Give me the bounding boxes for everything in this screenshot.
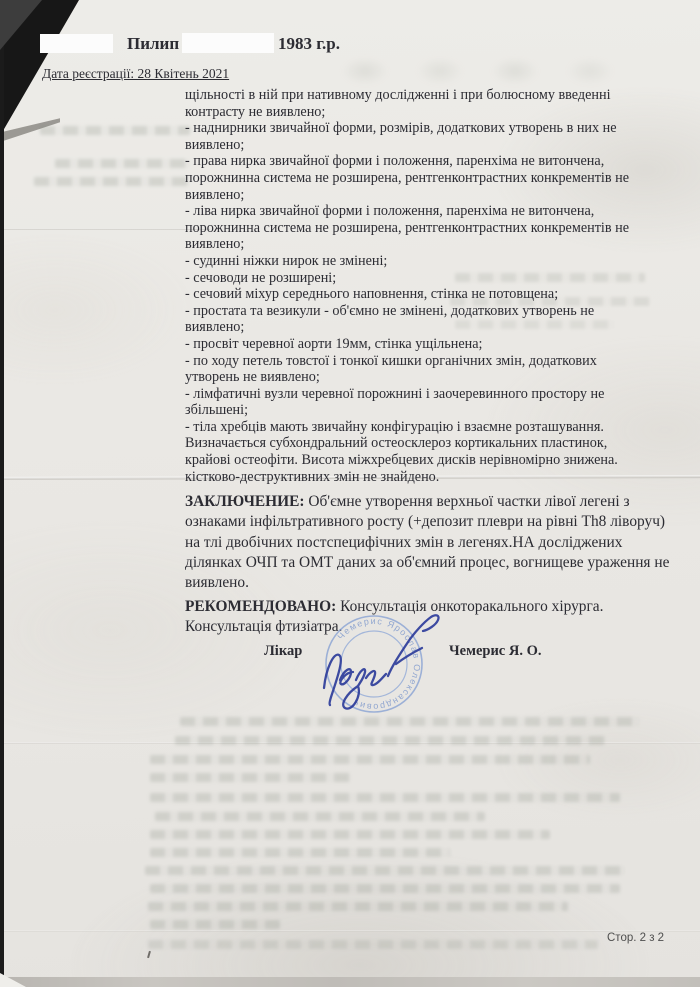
registration-date: Дата реєстрації: 28 Квітень 2021 <box>42 66 229 82</box>
redaction-box-surname <box>40 34 113 53</box>
finding-item: - сечоводи не розширені; <box>185 270 653 287</box>
show-through-artifact <box>150 773 350 782</box>
report-findings: щільності в ній при нативному дослідженн… <box>185 87 653 485</box>
conclusion-paragraph: ЗАКЛЮЧЕНИЕ: Об'ємне утворення верхньої ч… <box>185 492 677 593</box>
page-number: Стор. 2 з 2 <box>607 932 664 944</box>
finding-item: - просвіт черевної аорти 19мм, стінка ущ… <box>185 336 653 353</box>
show-through-artifact <box>40 126 190 135</box>
scanned-medical-report-page: Пилип 1983 г.р. Дата реєстрації: 28 Квіт… <box>0 0 700 987</box>
show-through-artifact <box>148 940 598 949</box>
patient-birth-year: 1983 г.р. <box>278 34 340 54</box>
fold-crease <box>0 930 700 932</box>
stamp-svg: Чемерис Ярослав Олександрович <box>296 584 468 736</box>
patient-first-name: Пилип <box>127 34 179 54</box>
redaction-box-patronymic <box>182 33 274 53</box>
finding-item: - тіла хребців мають звичайну конфігурац… <box>185 419 653 485</box>
finding-item: - простата та везикули - об'ємно не змін… <box>185 303 653 336</box>
show-through-artifact <box>145 866 625 875</box>
show-through-artifact <box>175 736 605 745</box>
show-through-artifact <box>150 830 550 839</box>
show-through-artifact <box>155 812 485 821</box>
show-through-artifact <box>55 159 190 168</box>
show-through-artifact <box>150 755 590 764</box>
finding-item: - права нирка звичайної форми і положенн… <box>185 153 653 203</box>
finding-item: - судинні ніжки нирок не змінені; <box>185 253 653 270</box>
stray-ink-mark <box>147 951 151 958</box>
finding-item: - по ходу петель товстої і тонкої кишки … <box>185 353 653 386</box>
show-through-artifact <box>150 920 280 929</box>
show-through-artifact <box>150 848 450 857</box>
show-through-artifact <box>34 177 189 186</box>
finding-item: - ліва нирка звичайної форми і положення… <box>185 203 653 253</box>
finding-item: - лімфатичні вузли черевної порожнині і … <box>185 386 653 419</box>
conclusion-label: ЗАКЛЮЧЕНИЕ: <box>185 493 305 510</box>
fold-crease <box>0 742 700 744</box>
fold-crease <box>0 228 210 230</box>
finding-item: - сечовий міхур середнього наповнення, с… <box>185 286 653 303</box>
scanner-edge-artifact <box>0 0 4 987</box>
show-through-artifact <box>150 884 620 893</box>
finding-item: - наднирники звичайної форми, розмірів, … <box>185 120 653 153</box>
report-continuation-line: щільності в ній при нативному дослідженн… <box>185 87 653 120</box>
page-bottom-edge <box>0 977 700 987</box>
doctor-stamp: Чемерис Ярослав Олександрович <box>296 584 468 736</box>
show-through-artifact <box>150 793 620 802</box>
show-through-artifact <box>148 902 568 911</box>
